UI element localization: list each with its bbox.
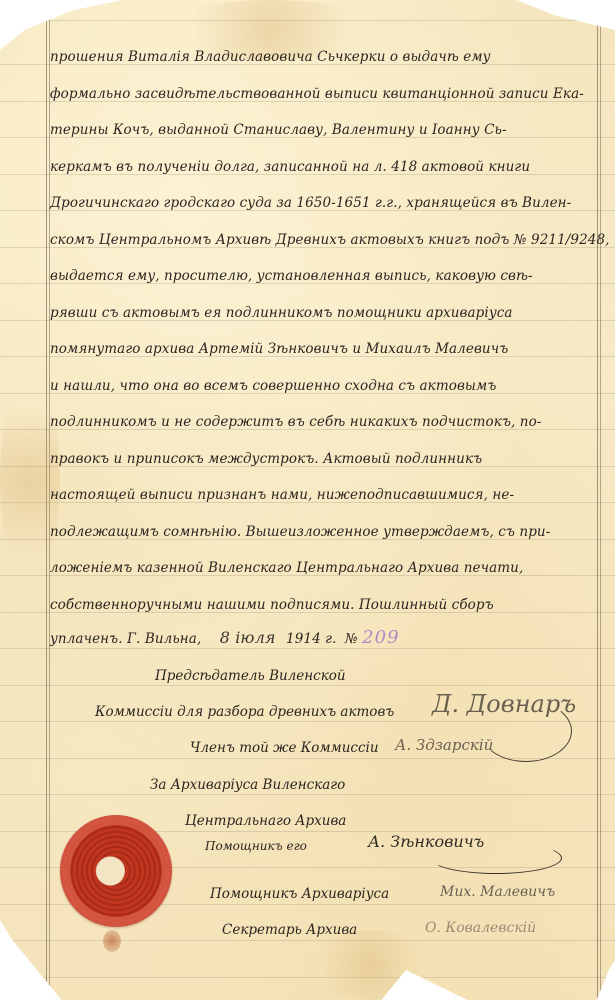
body-line: помянутаго архива Артемій Зѣнковичъ и Ми…: [50, 340, 600, 358]
signatory-title: Помощникъ Архиваріуса: [210, 885, 389, 903]
body-line: ложеніемъ казенной Виленскаго Центральна…: [50, 559, 600, 577]
closing-line: уплаченъ. Г. Вильна, 8 іюля 1914 г. № 20…: [50, 629, 600, 648]
signatory-title: За Архиваріуса Виленскаго: [150, 776, 345, 794]
signature-flourish: [480, 700, 572, 762]
body-line: подлинникомъ и не содержитъ въ себѣ ника…: [50, 413, 600, 431]
wax-drip: [103, 930, 121, 952]
body-line: рявши съ актовымъ ея подлинникомъ помощн…: [50, 304, 600, 322]
body-line: терины Кочъ, выданной Станиславу, Валент…: [50, 121, 600, 139]
signatory-title: Центральнаго Архива: [185, 812, 346, 830]
ruled-line: [0, 794, 615, 795]
body-line: и нашли, что она во всемъ совершенно схо…: [50, 377, 600, 395]
document-page: прошения Виталія Владиславовича Сьчкерки…: [0, 0, 615, 1000]
paper-stain: [300, 930, 440, 1000]
body-line: собственноручными нашими подписями. Пошл…: [50, 596, 600, 614]
body-line: правокъ и приписокъ междустрокъ. Актовый…: [50, 450, 600, 468]
signatory-title: Помощникъ его: [205, 837, 307, 855]
handwritten-date: 8 іюля: [220, 628, 276, 647]
signatory-title: Коммиссіи для разбора древнихъ актовъ: [95, 703, 394, 721]
body-line: керкамъ въ полученіи долга, записанной н…: [50, 158, 600, 176]
document-number-stamp: 209: [362, 627, 399, 648]
wax-seal: [60, 815, 172, 927]
ruled-line: [0, 940, 615, 941]
body-line: формально засвидѣтельствованной выписи к…: [50, 85, 600, 103]
signature-flourish: [430, 842, 562, 874]
body-line: выдается ему, просителю, установленная в…: [50, 267, 600, 285]
signature-member: А. Здзарскій: [395, 736, 493, 754]
paper-stain: [0, 380, 60, 580]
signatory-title: Секретарь Архива: [222, 921, 357, 939]
body-line: Дрогичинскаго гродскаго суда за 1650-165…: [50, 194, 600, 212]
body-line: настоящей выписи признанъ нами, нижеподп…: [50, 486, 600, 504]
signature-secretary: О. Ковалевскій: [425, 920, 536, 936]
body-line: скомъ Центральномъ Архивѣ Древнихъ актов…: [50, 231, 600, 249]
signatory-title: Членъ той же Коммиссіи: [190, 739, 379, 757]
ruled-line: [0, 685, 615, 686]
signatory-title: Предсѣдатель Виленской: [155, 667, 346, 685]
signature-assistant-archivist: Мих. Малевичъ: [440, 884, 555, 900]
body-line: прошения Виталія Владиславовича Сьчкерки…: [50, 48, 600, 66]
body-line: подлежащимъ сомнѣнію. Вышеизложенное утв…: [50, 523, 600, 541]
year-text: 1914 г.: [286, 631, 336, 647]
place-text: уплаченъ. Г. Вильна,: [50, 631, 201, 647]
ruled-line: [0, 648, 615, 649]
number-label: №: [345, 631, 358, 647]
